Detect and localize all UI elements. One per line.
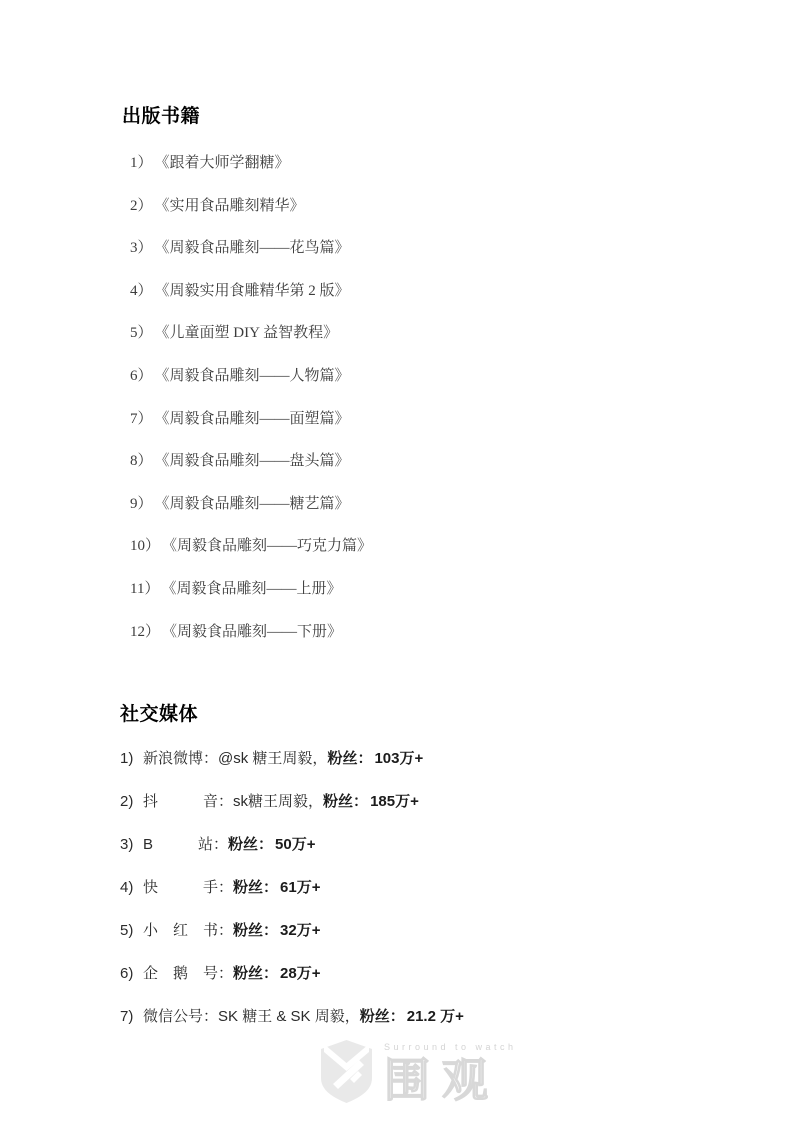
book-item-title: 《周毅食品雕刻——上册》 [161,581,341,597]
social-separator: ： [218,965,233,982]
social-item-number: 1) [120,750,143,767]
book-item-title: 《周毅食品雕刻——下册》 [162,624,342,640]
book-item-number: 5） [130,325,153,342]
social-platform-name: 快 手 [143,879,218,896]
social-platform-name: 新浪微博 [143,750,203,767]
book-list-item: 1）《跟着大师学翻糖》 [130,155,800,198]
book-item-number: 2） [130,198,153,215]
social-item-number: 2) [120,793,143,810]
watermark-tagline: Surround to watch [384,1042,517,1052]
book-item-number: 1） [130,155,153,172]
social-list-item: 4)快 手：粉丝：61万+ [120,879,800,922]
social-platform-name: 企 鹅 号 [143,965,218,982]
social-fans-count: 185万+ [370,793,419,810]
social-item-number: 6) [120,965,143,982]
social-platform-name: 小 红 书 [143,922,218,939]
books-section-title: 出版书籍 [122,105,800,129]
social-fans-count: 21.2 万+ [407,1008,464,1025]
book-item-title: 《周毅食品雕刻——巧克力篇》 [162,538,372,554]
social-platform-name: B 站 [143,836,213,853]
social-separator: ： [218,879,233,896]
social-account-name: @sk 糖王周毅， [218,750,327,767]
social-account-name: sk糖王周毅， [233,793,323,810]
social-account-name: SK 糖王 & SK 周毅， [218,1008,360,1025]
book-item-title: 《周毅食品雕刻——面塑篇》 [155,411,350,427]
social-platform-name: 微信公号 [143,1008,203,1025]
social-list: 1)新浪微博：@sk 糖王周毅，粉丝：103万+ 2)抖 音：sk糖王周毅，粉丝… [0,750,800,1051]
book-list-item: 5）《儿童面塑 DIY 益智教程》 [130,325,800,368]
book-item-number: 8） [130,453,153,470]
document-page: 出版书籍 1）《跟着大师学翻糖》 2）《实用食品雕刻精华》 3）《周毅食品雕刻—… [0,0,800,1131]
book-list-item: 2）《实用食品雕刻精华》 [130,198,800,241]
social-item-number: 3) [120,836,143,853]
social-fans: 粉丝：21.2 万+ [360,1008,464,1025]
book-item-title: 《周毅食品雕刻——盘头篇》 [155,453,350,469]
social-list-item: 3)B 站：粉丝：50万+ [120,836,800,879]
book-item-title: 《儿童面塑 DIY 益智教程》 [155,325,339,341]
social-fans: 粉丝：28万+ [233,965,320,982]
book-item-title: 《周毅实用食雕精华第 2 版》 [155,283,350,299]
watermark-logo: Surround to watch 围观 [321,1040,517,1105]
social-fans-count: 28万+ [280,965,320,982]
social-fans-count: 103万+ [374,750,423,767]
social-separator: ： [218,793,233,810]
social-list-item: 6)企 鹅 号：粉丝：28万+ [120,965,800,1008]
book-item-number: 11） [130,581,159,598]
social-list-item: 5)小 红 书：粉丝：32万+ [120,922,800,965]
book-list-item: 11）《周毅食品雕刻——上册》 [130,581,800,624]
book-list-item: 10）《周毅食品雕刻——巧克力篇》 [130,538,800,581]
book-list-item: 12）《周毅食品雕刻——下册》 [130,624,800,667]
social-item-number: 7) [120,1008,143,1025]
social-fans-label: 粉丝： [228,836,273,853]
social-separator: ： [218,922,233,939]
social-fans-label: 粉丝： [323,793,368,810]
shield-logo-icon [321,1040,372,1103]
social-separator: ： [203,1008,218,1025]
section-social: 社交媒体 1)新浪微博：@sk 糖王周毅，粉丝：103万+ 2)抖 音：sk糖王… [0,703,800,1051]
social-fans-count: 50万+ [275,836,315,853]
book-item-title: 《周毅食品雕刻——花鸟篇》 [155,240,350,256]
social-fans-count: 32万+ [280,922,320,939]
book-item-number: 10） [130,538,160,555]
social-fans-count: 61万+ [280,879,320,896]
watermark-text-block: Surround to watch 围观 [384,1040,517,1105]
watermark-text: 围观 [384,1055,517,1105]
book-list-item: 8）《周毅食品雕刻——盘头篇》 [130,453,800,496]
social-list-item: 2)抖 音：sk糖王周毅，粉丝：185万+ [120,793,800,836]
social-item-number: 4) [120,879,143,896]
book-list-item: 4）《周毅实用食雕精华第 2 版》 [130,283,800,326]
social-platform-name: 抖 音 [143,793,218,810]
book-item-title: 《实用食品雕刻精华》 [155,198,305,214]
social-item-number: 5) [120,922,143,939]
book-list-item: 3）《周毅食品雕刻——花鸟篇》 [130,240,800,283]
social-fans-label: 粉丝： [233,879,278,896]
book-list-item: 9）《周毅食品雕刻——糖艺篇》 [130,496,800,539]
social-fans: 粉丝：185万+ [323,793,419,810]
social-separator: ： [213,836,228,853]
social-fans-label: 粉丝： [360,1008,405,1025]
social-fans: 粉丝：61万+ [233,879,320,896]
book-item-number: 12） [130,624,160,641]
social-fans: 粉丝：32万+ [233,922,320,939]
book-list-item: 7）《周毅食品雕刻——面塑篇》 [130,411,800,454]
book-item-number: 4） [130,283,153,300]
book-item-number: 9） [130,496,153,513]
social-fans-label: 粉丝： [327,750,372,767]
book-list-item: 6）《周毅食品雕刻——人物篇》 [130,368,800,411]
book-item-title: 《周毅食品雕刻——糖艺篇》 [155,496,350,512]
section-books: 出版书籍 1）《跟着大师学翻糖》 2）《实用食品雕刻精华》 3）《周毅食品雕刻—… [0,0,800,666]
social-fans: 粉丝：103万+ [327,750,423,767]
social-section-title: 社交媒体 [120,703,800,727]
social-separator: ： [203,750,218,767]
social-fans: 粉丝：50万+ [228,836,315,853]
book-item-title: 《周毅食品雕刻——人物篇》 [155,368,350,384]
book-item-number: 3） [130,240,153,257]
book-item-title: 《跟着大师学翻糖》 [155,155,290,171]
social-list-item: 1)新浪微博：@sk 糖王周毅，粉丝：103万+ [120,750,800,793]
book-item-number: 6） [130,368,153,385]
book-item-number: 7） [130,411,153,428]
social-fans-label: 粉丝： [233,922,278,939]
books-list: 1）《跟着大师学翻糖》 2）《实用食品雕刻精华》 3）《周毅食品雕刻——花鸟篇》… [0,155,800,666]
social-fans-label: 粉丝： [233,965,278,982]
